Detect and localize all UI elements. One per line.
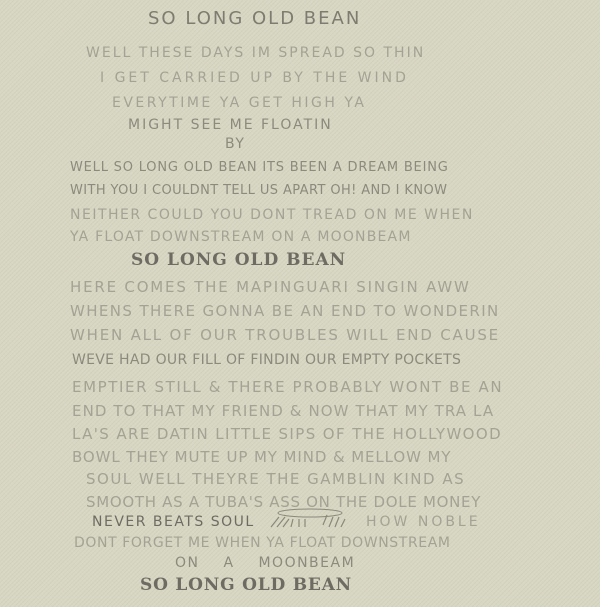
lyric-line: I get carried up by the wind (100, 70, 409, 86)
lyric-line: soul well theyre the gamblin kind as (86, 470, 465, 488)
lyric-line: Everytime ya get high ya (112, 95, 366, 111)
lyric-line: Well so long old bean its been a dream b… (70, 160, 449, 175)
lyric-line: emptier still & there probably wont be a… (72, 378, 503, 396)
heading-title: So Long Old Bean (148, 8, 361, 29)
lyric-line: la's are datin little sips of the hollyw… (72, 425, 502, 443)
lyric-line: never beats soul (92, 514, 255, 530)
flying-saucer-doodle-icon (265, 505, 355, 531)
lyric-line: how noble (366, 514, 481, 530)
lyric-line: whens there gonna be an end to wonderin (70, 302, 500, 320)
lyric-line: bowl they mute up my mind & mellow my (72, 448, 451, 466)
refrain-title: So Long Old Bean (131, 250, 346, 270)
lyric-line: by (225, 136, 245, 152)
lyric-line: with you i couldnt tell us apart oh! and… (70, 183, 447, 198)
lyric-line: Here comes the Mapinguari singin aww (70, 278, 471, 296)
lyric-line: when all of our troubles will end cause (70, 326, 500, 344)
lyric-line: might see me floatin (128, 117, 333, 133)
lyric-line: end to that my friend & now that my tra … (72, 402, 494, 420)
lyric-line: weve had our fill of findin our empty po… (72, 352, 461, 368)
lyric-line: dont forget me when ya float downstream (74, 535, 451, 551)
lyric-line: neither could you dont tread on me when (70, 207, 474, 223)
lyrics-page: So Long Old Bean Well these days im spre… (0, 0, 600, 607)
lyric-line: Well these days im spread so thin (86, 45, 425, 61)
lyric-line: ya float downstream on a moonbeam (70, 229, 412, 245)
lyric-line: on a moonbeam (175, 555, 355, 571)
closing-title: So Long Old Bean (140, 575, 352, 595)
